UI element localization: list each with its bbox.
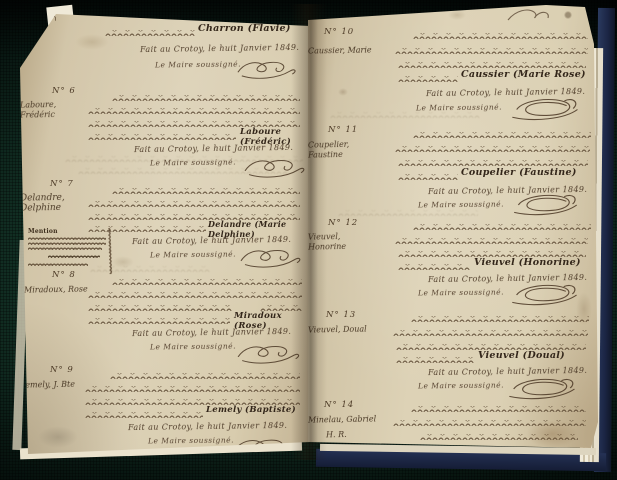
entry-margin-name: Coupelier, Faustine <box>308 139 374 159</box>
handwriting-line <box>398 158 588 166</box>
handwriting-line <box>393 418 586 426</box>
handwriting-line <box>398 60 586 68</box>
handwriting-line <box>88 132 236 140</box>
entry-margin-name: Miradoux, Rose <box>24 284 96 295</box>
entry-name: Vieuvel (Doual) <box>478 350 565 361</box>
marginal-note-signature <box>48 254 100 258</box>
signature-flourish <box>235 58 303 83</box>
handwriting-line <box>413 222 591 230</box>
ghost-line <box>338 208 478 216</box>
handwriting-line <box>393 328 588 336</box>
entry-date-line: Fait au Crotoy, le huit Janvier 1849. <box>132 235 291 246</box>
entry-margin-name: Lemely, J. Bte <box>20 379 92 390</box>
entry-closing: Le Maire soussigné. <box>418 288 504 298</box>
signature-flourish <box>242 156 312 182</box>
handwriting-line <box>398 74 458 82</box>
signature-flourish <box>508 96 584 123</box>
entry-closing: Le Maire soussigné. <box>418 200 504 210</box>
handwriting-line <box>260 303 302 311</box>
signature-flourish <box>238 246 308 272</box>
handwriting-line <box>85 410 203 418</box>
entry-closing: Le Maire soussigné. <box>150 250 236 260</box>
handwriting-line <box>110 371 300 379</box>
entry-number: N° 10 <box>324 27 354 37</box>
entry-number: N° 9 <box>50 365 74 375</box>
marginal-note-bracket <box>108 228 114 274</box>
entry-number: N° 11 <box>328 125 358 135</box>
stain <box>338 88 348 96</box>
stain <box>75 34 109 50</box>
handwriting-line <box>112 277 302 285</box>
handwriting-line <box>112 186 300 194</box>
marginal-note-label: Mention <box>28 228 58 235</box>
entry-name: Coupelier (Faustine) <box>461 167 577 178</box>
corner-ink-mark <box>506 6 552 24</box>
ghost-line <box>90 264 210 272</box>
marginal-note-line <box>28 246 102 250</box>
scanned-register-page: Charron (Flavie) Fait au Crotoy, le huit… <box>0 0 617 480</box>
entry-number: N° 7 <box>50 179 74 189</box>
handwriting-line <box>85 384 300 392</box>
handwriting-line <box>395 236 588 244</box>
entry-closing: Le Maire soussigné. <box>150 158 236 168</box>
entry-name: Vieuvel (Honorine) <box>474 257 581 268</box>
entry-closing: Le Maire soussigné. <box>416 103 502 113</box>
entry-number: N° 14 <box>324 400 354 410</box>
handwriting-line <box>395 144 590 152</box>
entry-margin-name: Delandre, Delphine <box>20 193 92 213</box>
handwriting-line <box>88 106 300 114</box>
handwriting-line <box>88 303 232 311</box>
handwriting-line <box>420 432 578 440</box>
right-page: N° 10 Caussier, Marie Caussier (Marie Ro… <box>308 2 598 458</box>
entry-margin-name: Caussier, Marie <box>308 45 372 56</box>
entry-number: N° 6 <box>52 86 76 96</box>
entry-margin-name: Vieuvel, Doual <box>308 324 372 335</box>
signature-flourish <box>235 342 307 368</box>
entry-date-line: Fait au Crotoy, le huit Janvier 1849. <box>132 327 291 338</box>
marginal-note-line <box>28 262 88 266</box>
entry-closing: Le Maire soussigné. <box>418 381 504 391</box>
handwriting-line <box>396 342 586 350</box>
handwriting-line <box>88 199 300 207</box>
entry-date-line: Fait au Crotoy, le huit Janvier 1849. <box>140 43 299 54</box>
entry-name: Lemely (Baptiste) <box>206 405 296 415</box>
handwriting-line <box>88 290 302 298</box>
entry-closing: Le Maire soussigné. <box>150 342 236 352</box>
handwriting-line <box>413 31 588 39</box>
handwriting-line <box>398 249 586 257</box>
entry-number: N° 12 <box>328 218 358 228</box>
left-page: Charron (Flavie) Fait au Crotoy, le huit… <box>20 8 310 460</box>
handwriting-line <box>112 93 300 101</box>
handwriting-line <box>85 397 300 405</box>
handwriting-line <box>396 355 474 363</box>
handwriting-line <box>398 262 470 270</box>
handwriting-line <box>105 28 195 36</box>
marginal-note-line <box>28 236 106 240</box>
entry-margin-name: Laboure, Frédéric <box>20 99 92 119</box>
entry-name: Charron (Flavie) <box>198 23 291 34</box>
entry-date-line: Fait au Crotoy, le huit Janvier 1849. <box>134 143 293 154</box>
stain <box>38 426 78 448</box>
signature-flourish <box>508 282 583 308</box>
entry-closing: Le Maire soussigné. <box>148 436 234 446</box>
entry-number: N° 8 <box>52 270 76 280</box>
handwriting-line <box>88 316 230 324</box>
handwriting-line <box>88 224 206 232</box>
entry-closing: Le Maire soussigné. <box>155 60 241 70</box>
ink-blot <box>564 11 572 19</box>
entry-name: Caussier (Marie Rose) <box>461 69 586 80</box>
handwriting-line <box>413 130 591 138</box>
signature-flourish <box>505 376 581 402</box>
signature-flourish <box>510 192 583 218</box>
entry-number: N° 13 <box>326 310 356 320</box>
entry-margin-name: Vieuvel, Honorine <box>308 231 376 251</box>
handwriting-line <box>395 46 588 54</box>
entry-date-line: Fait au Crotoy, le huit Janvier 1849. <box>128 421 287 432</box>
entry-margin-name: Minelau, Gabriel <box>308 414 378 425</box>
entry-margin-name-2: H. R. <box>326 430 366 440</box>
stain <box>448 10 466 20</box>
handwriting-line <box>411 404 586 412</box>
handwriting-line <box>88 119 300 127</box>
marginal-note-line <box>28 241 106 245</box>
handwriting-line <box>411 314 589 322</box>
handwriting-line <box>398 172 458 180</box>
